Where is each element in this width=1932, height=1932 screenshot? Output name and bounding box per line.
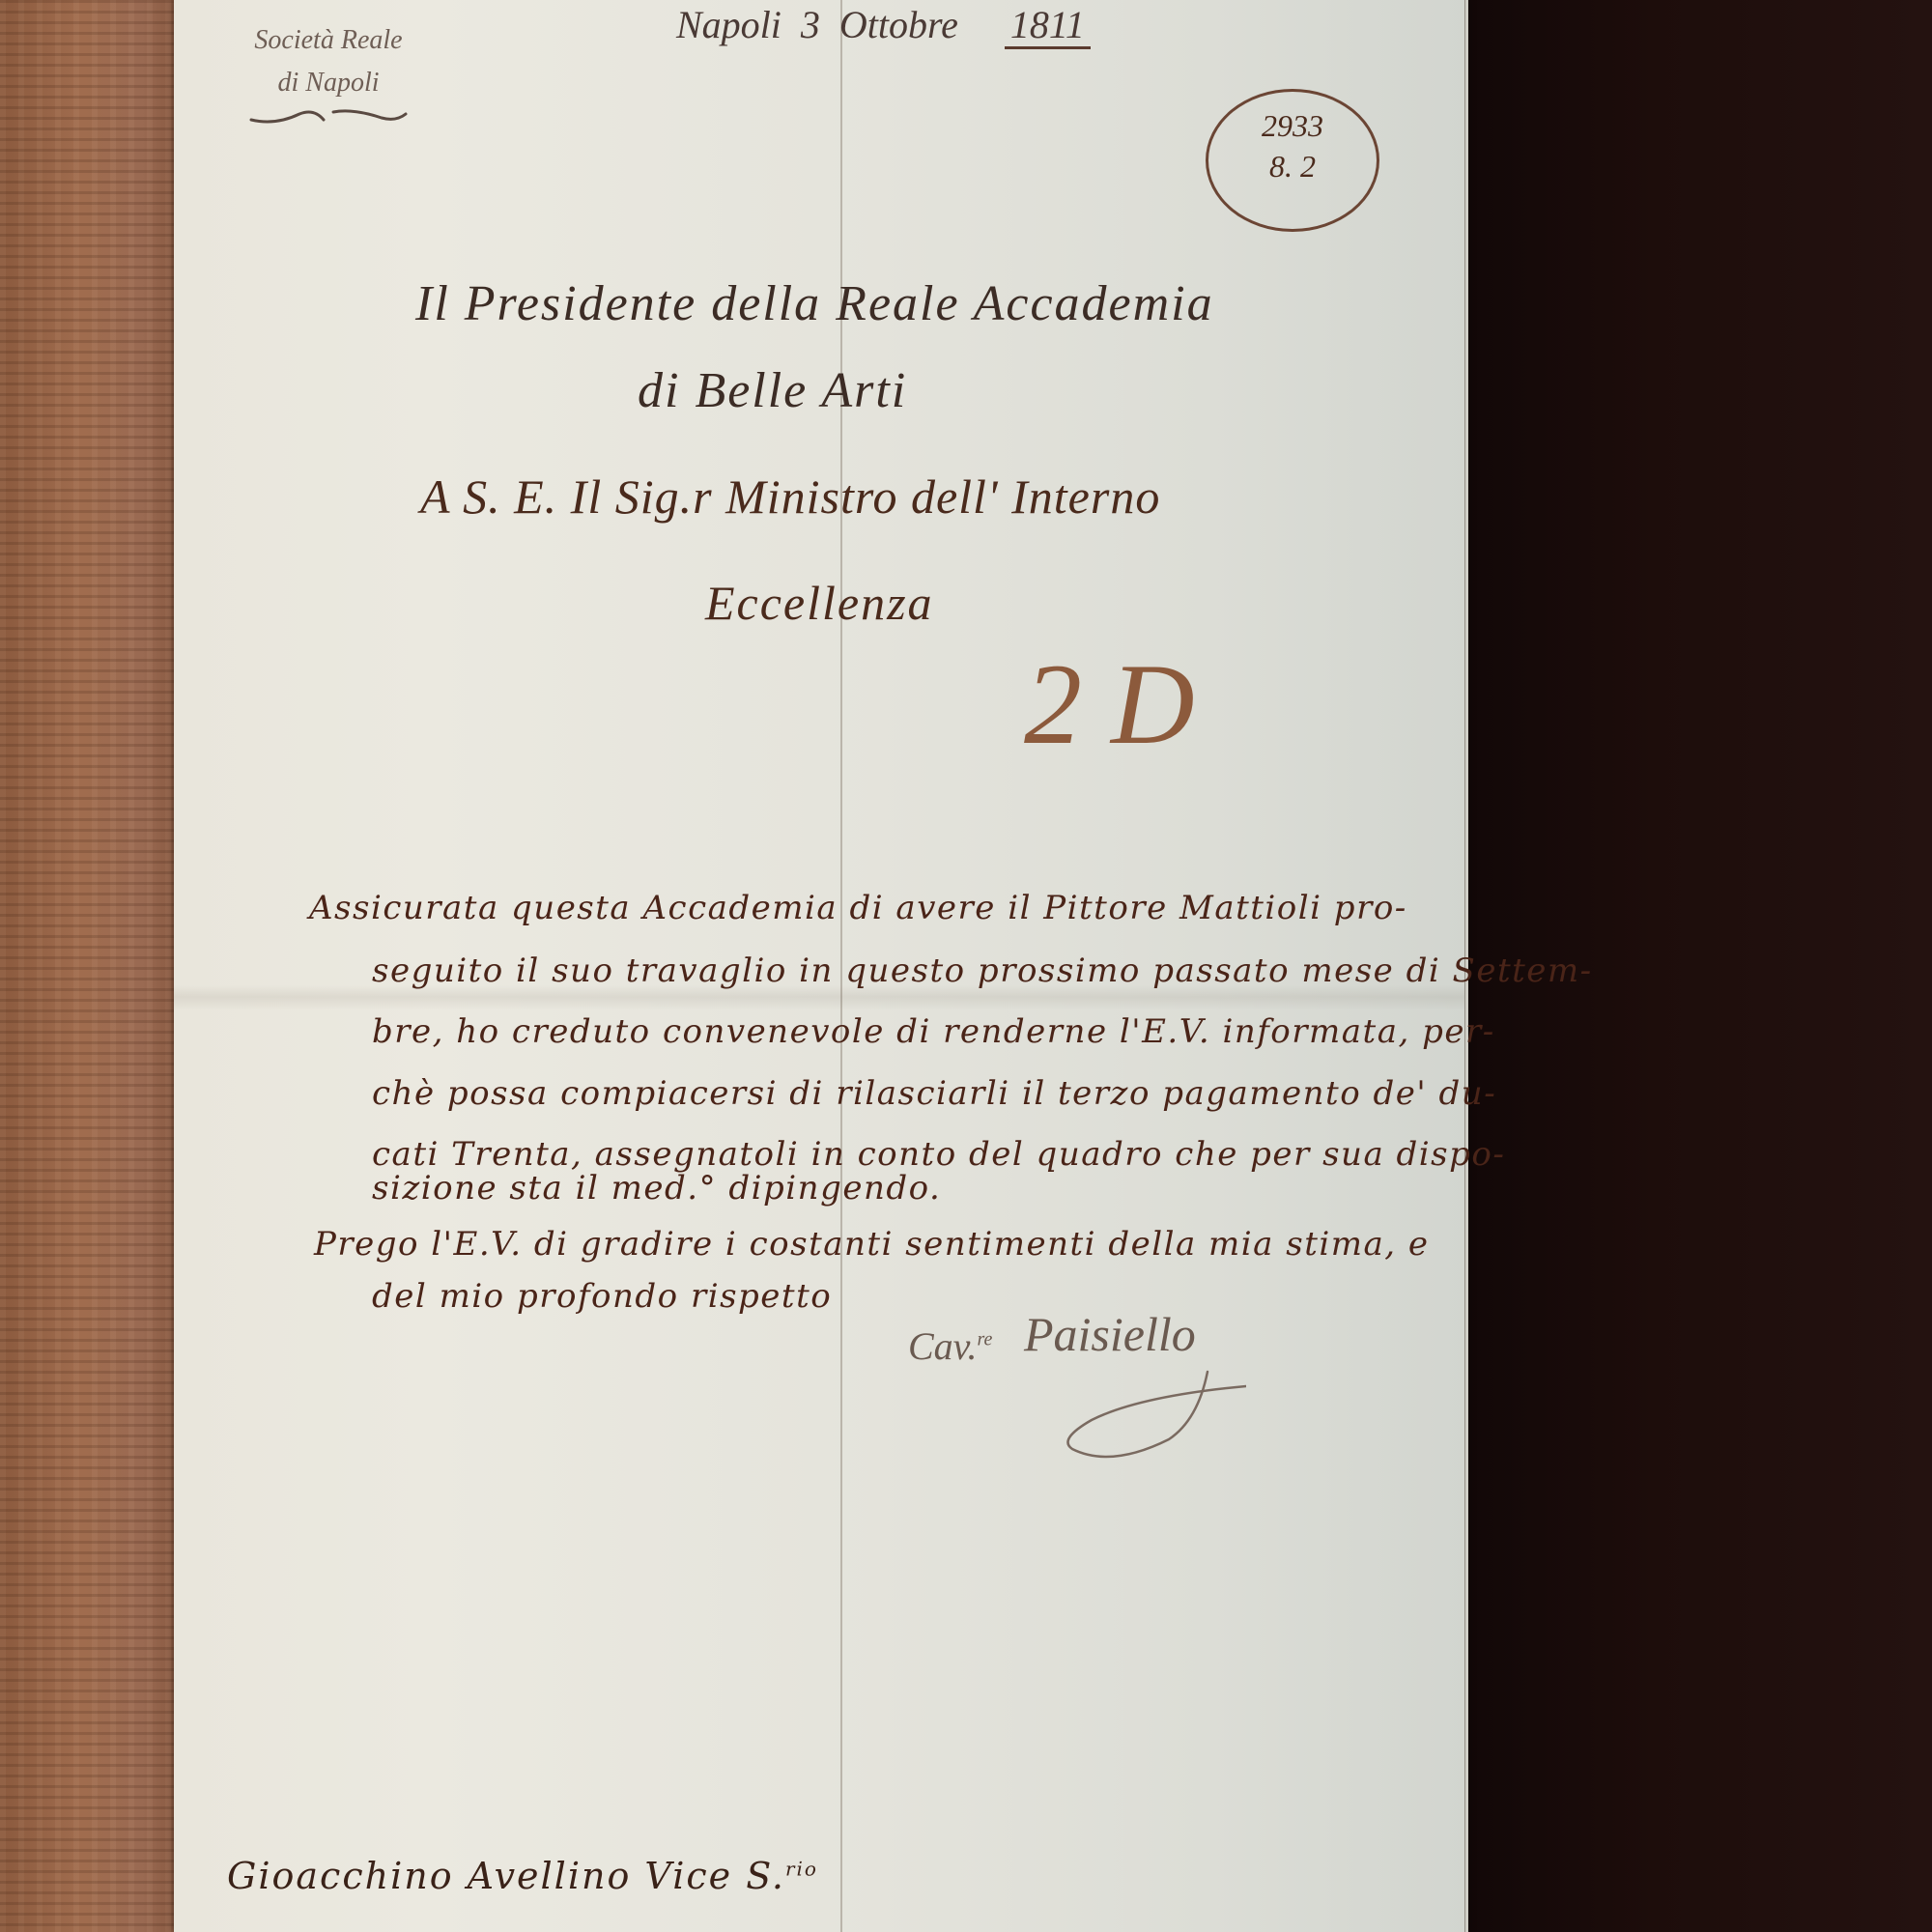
dateline: Napoli 3 Ottobre 1811: [676, 2, 1091, 47]
wooden-table-background: [0, 0, 203, 1932]
signature-title-superscript: re: [977, 1329, 992, 1350]
footer-sender-name: Gioacchino Avellino Vice S.: [227, 1855, 785, 1897]
body-line: chè possa compiacersi di rilasciarli il …: [372, 1074, 1496, 1113]
dateline-month: Ottobre: [839, 3, 958, 46]
heading-line-2: di Belle Arti: [638, 362, 907, 419]
salutation: Eccellenza: [705, 575, 934, 631]
signature: Cav.re Paisiello: [908, 1304, 1236, 1449]
body-line: Assicurata questa Accademia di avere il …: [309, 889, 1407, 927]
signature-name: Paisiello: [1024, 1306, 1196, 1362]
dateline-day: 3: [801, 3, 820, 46]
heading-line-1: Il Presidente della Reale Accademia: [415, 275, 1214, 332]
protocol-stamp: 2933 8. 2: [1206, 89, 1379, 232]
letterhead-line-2: di Napoli: [232, 62, 425, 104]
addressee: A S. E. Il Sig.r Ministro dell' Interno: [420, 469, 1160, 525]
closing-line-1: Prego l'E.V. di gradire i costanti senti…: [314, 1225, 1429, 1264]
protocol-number: 2933: [1208, 105, 1377, 146]
marginal-note: 2 D: [1024, 638, 1195, 771]
signature-title: Cav.re: [908, 1323, 992, 1369]
letter-paper: Società Reale di Napoli Napoli 3 Ottobre…: [174, 0, 1468, 1932]
signature-title-text: Cav.: [908, 1324, 977, 1368]
letterhead: Società Reale di Napoli: [232, 19, 425, 126]
letterhead-line-1: Società Reale: [232, 19, 425, 62]
dateline-year: 1811: [1005, 3, 1091, 49]
footer-sender-superscript: rio: [785, 1857, 818, 1880]
closing-line-2: del mio profondo rispetto: [372, 1277, 832, 1316]
body-line: cati Trenta, assegnatoli in conto del qu…: [372, 1135, 1505, 1174]
signature-flourish-icon: [1053, 1362, 1246, 1459]
body-line: bre, ho creduto convenevole di renderne …: [372, 1012, 1495, 1051]
body-line: sizione sta il med.° dipingendo.: [372, 1169, 941, 1207]
dateline-place: Napoli: [676, 3, 781, 46]
footer-sender: Gioacchino Avellino Vice S.rio: [227, 1855, 818, 1897]
protocol-code: 8. 2: [1208, 146, 1377, 186]
flourish-ornament-icon: [246, 104, 411, 126]
body-line: seguito il suo travaglio in questo pross…: [372, 952, 1593, 990]
